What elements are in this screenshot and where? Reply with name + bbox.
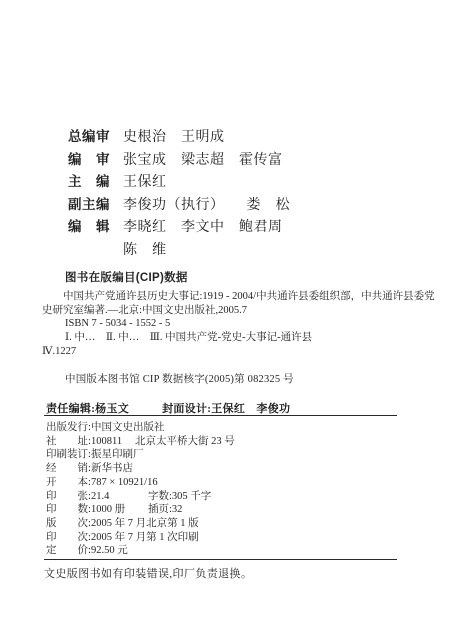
publication-row: 定 价:92.50 元 xyxy=(46,544,235,558)
publication-row: 印 次:2005 年 7 月第 1 次印刷 xyxy=(46,531,235,545)
credits-row: 责任编辑:杨玉文封面设计:王保红 李俊功 xyxy=(46,400,290,416)
publication-label: 印 张: xyxy=(46,490,91,504)
publication-label: 社 址: xyxy=(46,435,91,449)
publication-value: 2005 年 7 月第 1 次印刷 xyxy=(91,531,199,545)
publication-value: 21.4 xyxy=(91,490,148,504)
cover-designer: 封面设计:王保红 李俊功 xyxy=(162,403,290,415)
publication-label: 印 数: xyxy=(46,503,91,517)
publication-label: 印刷装订: xyxy=(46,448,91,462)
editorial-staff-block: 总编审史根治 王明成 编 审张宝成 梁志超 霍传富 主 编王保红 副主编李俊功（… xyxy=(68,126,290,261)
horizontal-rule-bottom xyxy=(44,559,397,560)
editorial-row: 总编审史根治 王明成 xyxy=(68,126,290,149)
publication-value: 1000 册 xyxy=(91,503,148,517)
editorial-row: 编 辑李晓红 李文中 鲍君周 xyxy=(68,216,290,239)
editorial-role-label: 编 辑 xyxy=(68,216,114,238)
editorial-names: 史根治 王明成 xyxy=(123,130,225,145)
publication-extra: 北京太平桥大街 23 号 xyxy=(135,436,235,447)
editorial-names: 李晓红 李文中 鲍君周 xyxy=(123,220,283,235)
editorial-row: 编 审张宝成 梁志超 霍传富 xyxy=(68,149,290,172)
publication-extra: 1/16 xyxy=(139,477,158,488)
publication-value: 中国文史出版社 xyxy=(91,421,165,435)
publication-label: 出版发行: xyxy=(46,421,91,435)
editorial-role-label: 编 审 xyxy=(68,149,114,171)
cip-isbn: ISBN 7 - 5034 - 1552 - 5 xyxy=(42,317,437,331)
cip-block: 图书在版编目(CIP)数据 中国共产党通许县历史大事记:1919 - 2004/… xyxy=(42,272,437,359)
cip-heading: 图书在版编目(CIP)数据 xyxy=(42,272,437,286)
cip-record-number: 中国版本图书馆 CIP 数据核字(2005)第 082325 号 xyxy=(65,371,294,386)
misprint-exchange-note: 文史版图书如有印装错误,印厂负责退换。 xyxy=(44,565,252,581)
responsible-editor: 责任编辑:杨玉文 xyxy=(46,403,129,415)
publication-row: 印 数:1000 册插页:32 xyxy=(46,503,235,517)
publication-row: 经 销:新华书店 xyxy=(46,462,235,476)
editorial-role-label: 主 编 xyxy=(68,171,114,193)
publication-value: 100811 xyxy=(91,435,135,449)
cip-title-line1: 中国共产党通许县历史大事记:1919 - 2004/中共通许县委组织部，中共通许… xyxy=(42,290,437,304)
editorial-row: 副主编李俊功（执行） 娄 松 xyxy=(68,194,290,217)
colophon-page: 总编审史根治 王明成 编 审张宝成 梁志超 霍传富 主 编王保红 副主编李俊功（… xyxy=(0,0,450,643)
publication-label: 版 次: xyxy=(46,517,91,531)
editorial-role-label: 副主编 xyxy=(68,194,114,216)
publication-value: 新华书店 xyxy=(91,462,133,476)
publication-value: 92.50 元 xyxy=(91,544,128,558)
publication-value: 振星印刷厂 xyxy=(91,448,144,462)
publication-label: 经 销: xyxy=(46,462,91,476)
publication-row: 社 址:100811北京太平桥大街 23 号 xyxy=(46,435,235,449)
publication-value: 2005 年 7 月北京第 1 版 xyxy=(91,517,199,531)
horizontal-rule-top xyxy=(44,415,397,416)
publication-row: 印 张:21.4字数:305 千字 xyxy=(46,490,235,504)
publication-row: 开 本:787 × 10921/16 xyxy=(46,476,235,490)
cip-title-line2: 史研究室编著.—北京:中国文史出版社,2005.7 xyxy=(42,304,437,318)
editorial-names: 陈 维 xyxy=(123,243,167,258)
publication-value: 787 × 1092 xyxy=(91,476,139,490)
publication-extra: 插页:32 xyxy=(148,504,182,515)
editorial-names: 张宝成 梁志超 霍传富 xyxy=(123,153,283,168)
publication-label: 定 价: xyxy=(46,544,91,558)
editorial-names: 王保红 xyxy=(123,175,167,190)
cip-class-number: Ⅳ.1227 xyxy=(42,345,437,359)
cip-classification: Ⅰ. 中… Ⅱ. 中… Ⅲ. 中国共产党-党史-大事记-通许县 xyxy=(42,331,437,345)
publication-label: 开 本: xyxy=(46,476,91,490)
publication-info-block: 出版发行:中国文史出版社 社 址:100811北京太平桥大街 23 号 印刷装订… xyxy=(46,421,235,558)
publication-row: 印刷装订:振星印刷厂 xyxy=(46,448,235,462)
publication-label: 印 次: xyxy=(46,531,91,545)
publication-row: 版 次:2005 年 7 月北京第 1 版 xyxy=(46,517,235,531)
editorial-row: 主 编王保红 xyxy=(68,171,290,194)
editorial-role-label: 总编审 xyxy=(68,126,114,148)
editorial-names: 李俊功（执行） 娄 松 xyxy=(123,198,290,213)
publication-row: 出版发行:中国文史出版社 xyxy=(46,421,235,435)
editorial-row: 陈 维 xyxy=(68,239,290,262)
publication-extra: 字数:305 千字 xyxy=(148,491,211,502)
